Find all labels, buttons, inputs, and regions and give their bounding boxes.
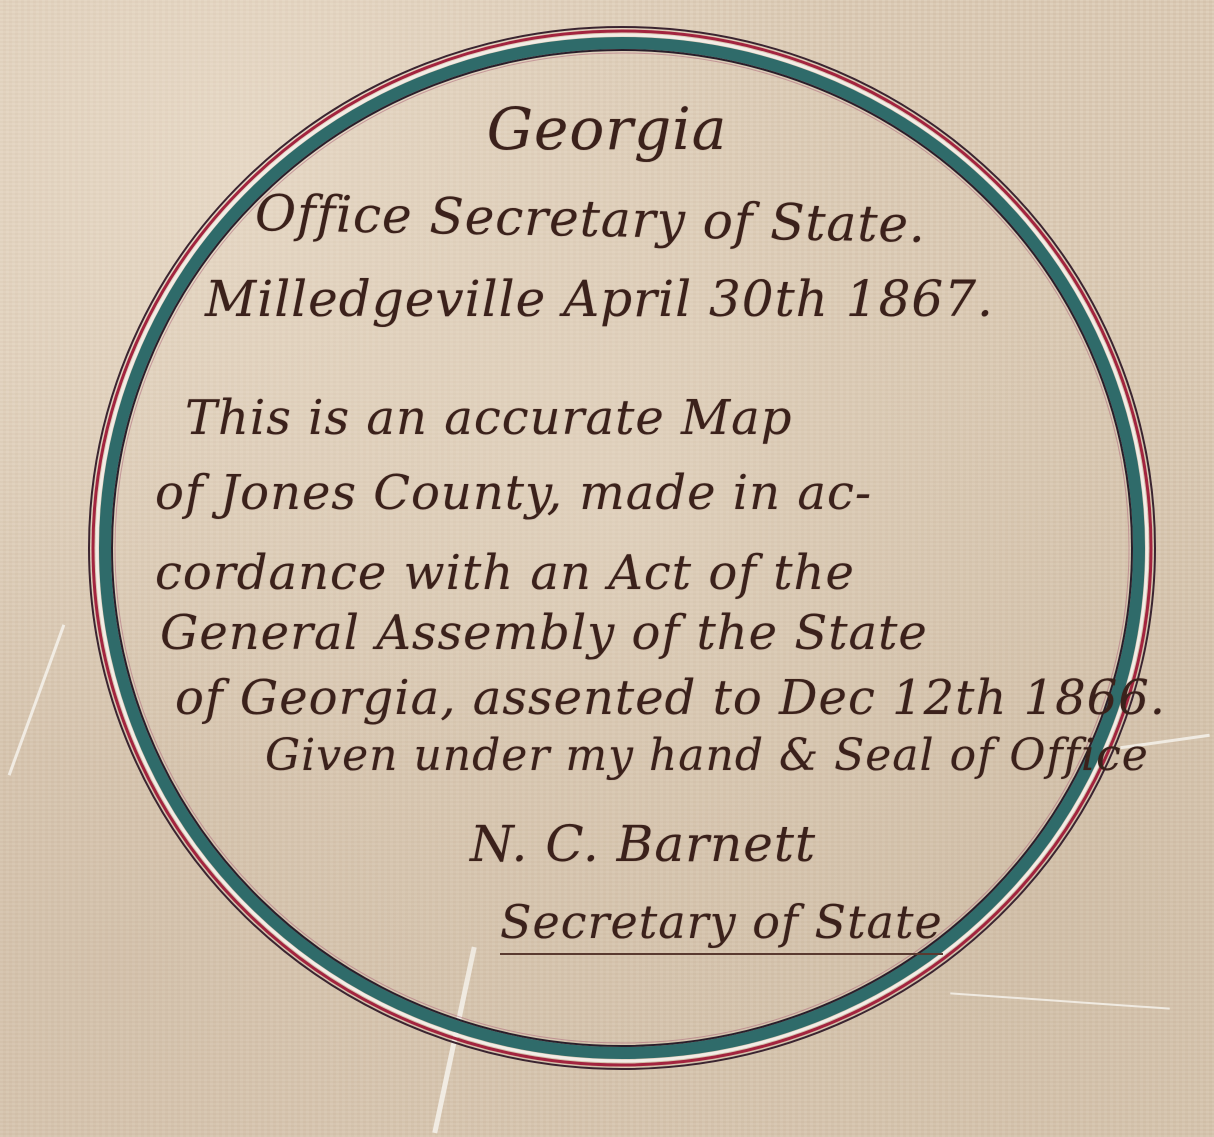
place-date-line: Milledgeville April 30th 1867. — [205, 270, 994, 328]
signature: N. C. Barnett — [470, 815, 816, 873]
body-line: cordance with an Act of the — [155, 545, 855, 601]
body-line: Given under my hand & Seal of Office — [265, 730, 1149, 781]
body-line: General Assembly of the State — [160, 605, 928, 661]
signature-title: Secretary of State — [500, 895, 943, 955]
body-line: of Georgia, assented to Dec 12th 1866. — [175, 670, 1166, 726]
office-line: Office Secretary of State. — [255, 184, 927, 254]
body-line: This is an accurate Map — [185, 390, 793, 446]
body-line: of Jones County, made in ac- — [155, 465, 872, 521]
document-title: Georgia — [0, 95, 1214, 163]
